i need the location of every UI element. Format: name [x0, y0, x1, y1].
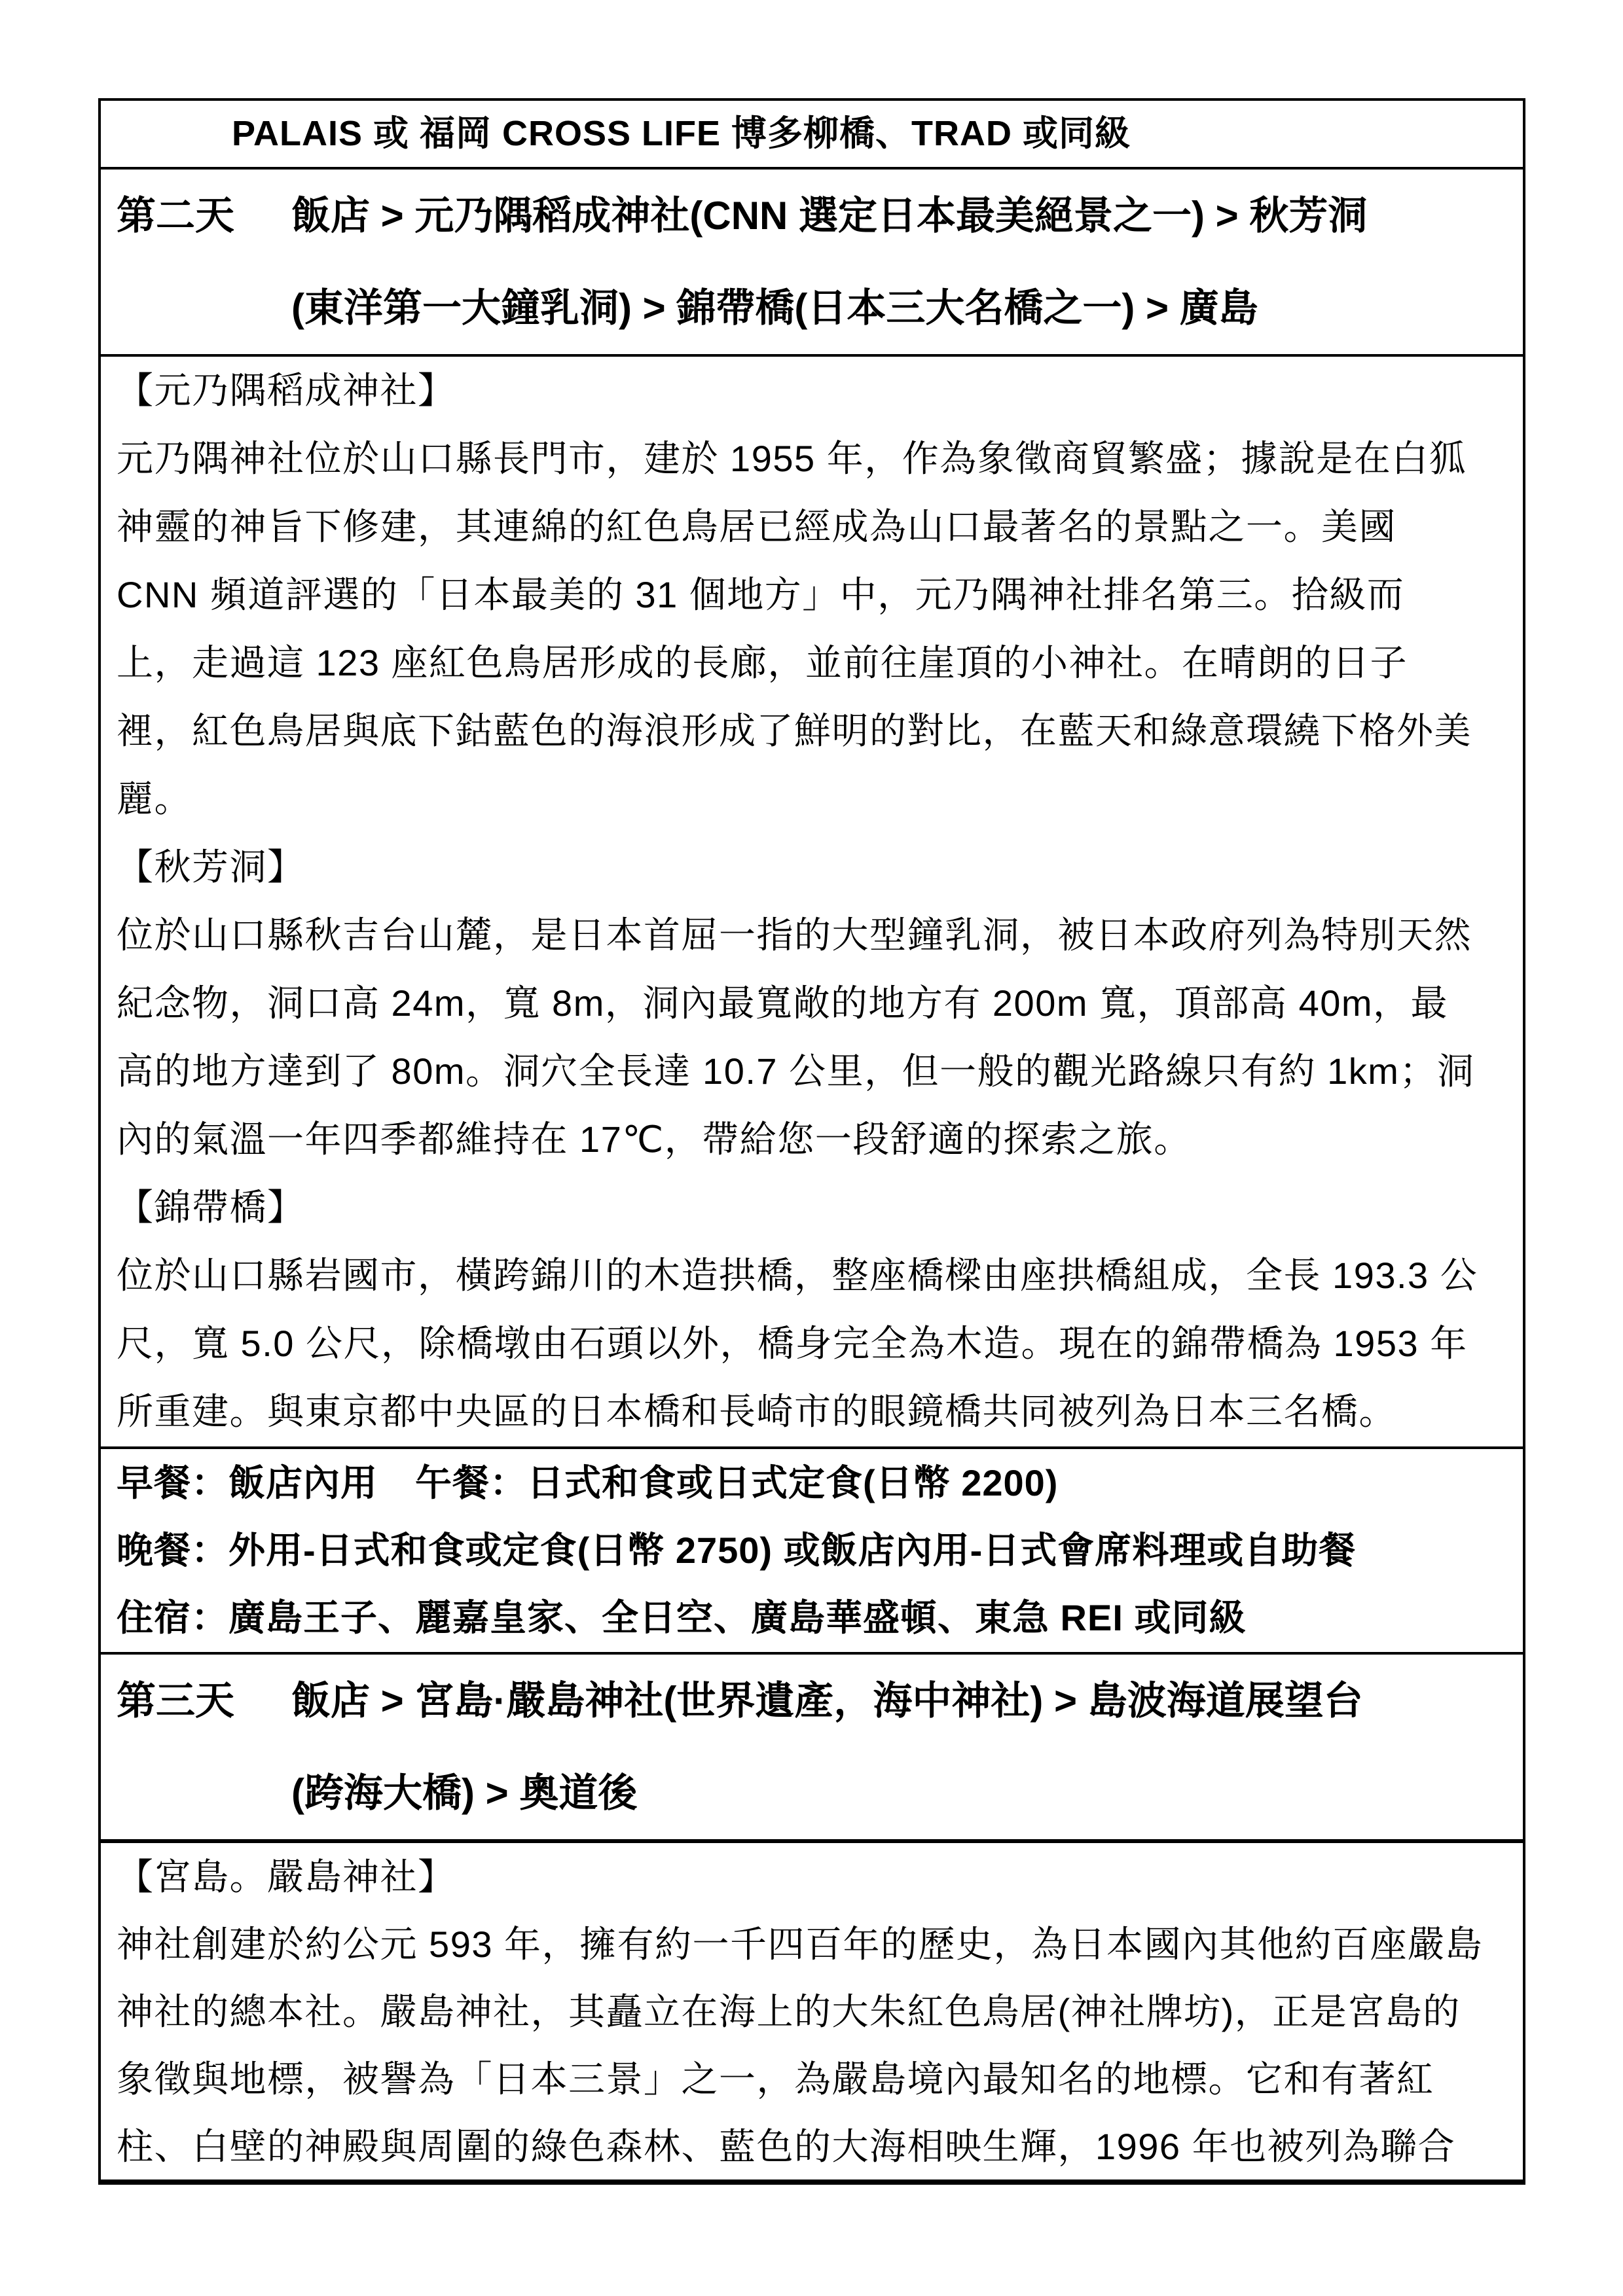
text-line: 早餐：飯店內用 午餐：日式和食或日式定食(日幣 2200): [117, 1449, 1523, 1516]
text-line: 飯店 > 宮島·嚴島神社(世界遺產，海中神社) > 島波海道展望台: [291, 1655, 1523, 1747]
day2-route: 飯店 > 元乃隅稻成神社(CNN 選定日本最美絕景之一) > 秋芳洞(東洋第一大…: [291, 170, 1523, 354]
text-line: 尺，寬 5.0 公尺，除橋墩由石頭以外，橋身完全為木造。現在的錦帶橋為 1953…: [117, 1310, 1516, 1378]
hotel-grade-row: PALAIS 或 福岡 CROSS LIFE 博多柳橋、TRAD 或同級: [101, 101, 1523, 167]
text-line: 神靈的神旨下修建，其連綿的紅色鳥居已經成為山口最著名的景點之一。美國: [117, 493, 1516, 561]
text-line: 內的氣溫一年四季都維持在 17℃，帶給您一段舒適的探索之旅。: [117, 1105, 1516, 1174]
text-line: 麗。: [117, 765, 1516, 833]
text-line: 神社創建於約公元 593 年，擁有約一千四百年的歷史，為日本國內其他約百座嚴島: [117, 1910, 1516, 1978]
text-line: 【元乃隅稻成神社】: [117, 357, 1516, 425]
text-line: 晚餐：外用-日式和食或定食(日幣 2750) 或飯店內用-日式會席料理或自助餐: [117, 1516, 1523, 1584]
day2-description: 【元乃隅稻成神社】元乃隅神社位於山口縣長門市，建於 1955 年，作為象徵商貿繁…: [101, 354, 1523, 1446]
text-line: 裡，紅色鳥居與底下鈷藍色的海浪形成了鮮明的對比，在藍天和綠意環繞下格外美: [117, 697, 1516, 765]
text-line: 象徵與地標，被譽為「日本三景」之一，為嚴島境內最知名的地標。它和有著紅: [117, 2045, 1516, 2113]
text-line: 高的地方達到了 80m。洞穴全長達 10.7 公里，但一般的觀光路線只有約 1k…: [117, 1037, 1516, 1105]
text-line: 神社的總本社。嚴島神社，其矗立在海上的大朱紅色鳥居(神社牌坊)，正是宮島的: [117, 1978, 1516, 2045]
itinerary-page: { "document": { "hotel_row": { "text": "…: [0, 0, 1623, 2296]
text-line: (跨海大橋) > 奧道後: [291, 1747, 1523, 1839]
text-line: 【宮島。嚴島神社】: [117, 1843, 1516, 1910]
text-line: 紀念物，洞口高 24m，寬 8m，洞內最寬敞的地方有 200m 寬，頂部高 40…: [117, 969, 1516, 1037]
text-line: CNN 頻道評選的「日本最美的 31 個地方」中，元乃隅神社排名第三。拾級而: [117, 561, 1516, 629]
text-line: 位於山口縣秋吉台山麓，是日本首屈一指的大型鐘乳洞，被日本政府列為特別天然: [117, 901, 1516, 969]
text-line: 上，走過這 123 座紅色鳥居形成的長廊，並前往崖頂的小神社。在晴朗的日子: [117, 629, 1516, 697]
day2-meals-lodging: 早餐：飯店內用 午餐：日式和食或日式定食(日幣 2200)晚餐：外用-日式和食或…: [101, 1446, 1523, 1652]
text-line: 所重建。與東京都中央區的日本橋和長崎市的眼鏡橋共同被列為日本三名橋。: [117, 1378, 1516, 1446]
day3-route-row: 第三天 飯店 > 宮島·嚴島神社(世界遺產，海中神社) > 島波海道展望台(跨海…: [101, 1652, 1523, 1839]
text-line: (東洋第一大鐘乳洞) > 錦帶橋(日本三大名橋之一) > 廣島: [291, 262, 1523, 354]
text-line: 【秋芳洞】: [117, 833, 1516, 901]
text-line: 住宿：廣島王子、麗嘉皇家、全日空、廣島華盛頓、東急 REI 或同級: [117, 1584, 1523, 1651]
text-line: 元乃隅神社位於山口縣長門市，建於 1955 年，作為象徵商貿繁盛；據說是在白狐: [117, 425, 1516, 493]
day2-route-row: 第二天 飯店 > 元乃隅稻成神社(CNN 選定日本最美絕景之一) > 秋芳洞(東…: [101, 167, 1523, 354]
day3-description: 【宮島。嚴島神社】神社創建於約公元 593 年，擁有約一千四百年的歷史，為日本國…: [101, 1839, 1523, 2179]
itinerary-table: PALAIS 或 福岡 CROSS LIFE 博多柳橋、TRAD 或同級 第二天…: [98, 98, 1525, 2185]
day3-route: 飯店 > 宮島·嚴島神社(世界遺產，海中神社) > 島波海道展望台(跨海大橋) …: [291, 1655, 1523, 1839]
text-line: 飯店 > 元乃隅稻成神社(CNN 選定日本最美絕景之一) > 秋芳洞: [291, 170, 1523, 262]
day2-label: 第二天: [117, 170, 234, 262]
hotel-grade-text: PALAIS 或 福岡 CROSS LIFE 博多柳橋、TRAD 或同級: [232, 114, 1131, 153]
text-line: 【錦帶橋】: [117, 1174, 1516, 1242]
text-line: 柱、白壁的神殿與周圍的綠色森林、藍色的大海相映生輝，1996 年也被列為聯合: [117, 2113, 1516, 2179]
day3-label: 第三天: [117, 1655, 234, 1747]
text-line: 位於山口縣岩國市，橫跨錦川的木造拱橋，整座橋樑由座拱橋組成，全長 193.3 公: [117, 1242, 1516, 1310]
